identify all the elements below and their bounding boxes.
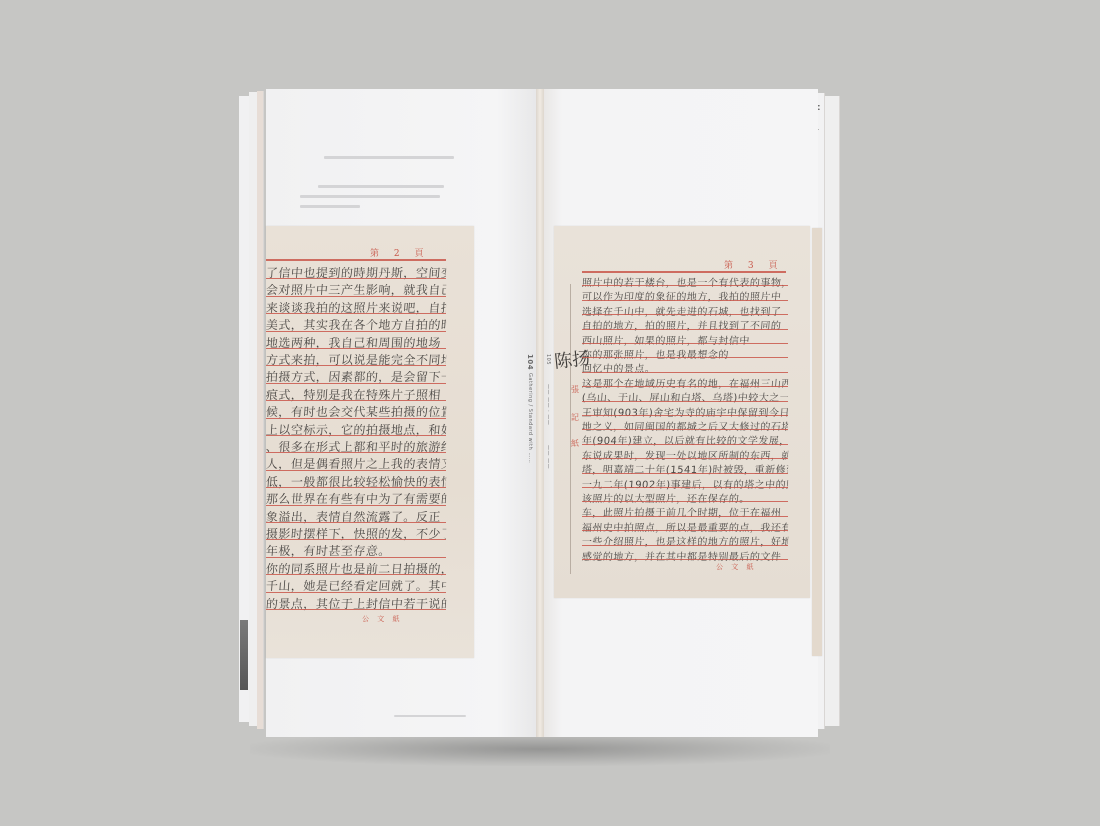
letter-header: 第 2 頁 <box>370 246 429 259</box>
handwritten-line: 回忆中的景点。 <box>581 360 788 375</box>
ruled-line <box>582 458 788 459</box>
ruled-line <box>582 429 788 430</box>
handwritten-line: 年(904年)建立，以后就有比较的文学发展，比较在 <box>581 432 788 447</box>
ruled-line <box>266 365 446 366</box>
running-head-left-number: 104 <box>526 354 534 370</box>
ruled-line <box>582 444 788 445</box>
handwritten-line: 自拍的地方，拍的照片，并且找到了不同的 <box>581 317 788 332</box>
handwritten-line: 该照片的以大型照片，还在保存的。 <box>581 490 788 505</box>
ruled-line <box>582 487 788 488</box>
ruled-line <box>266 331 446 332</box>
ruled-line <box>266 418 446 419</box>
ruled-line <box>582 530 788 531</box>
letter-top-rule <box>266 259 446 261</box>
ruled-line <box>266 609 446 610</box>
ruled-line <box>582 501 788 502</box>
ruled-line <box>266 487 446 488</box>
ruled-line <box>582 415 788 416</box>
ruled-line <box>266 592 446 593</box>
letter-top-rule <box>582 271 786 273</box>
handwritten-line: 一些介绍照片，也是这样的地方的照片，好地址 <box>581 533 788 548</box>
handwritten-line: 照片中的若干楼台，也是一个有代表的事物，大多 <box>581 274 788 289</box>
ruled-line <box>266 505 446 506</box>
faint-paragraph-line-1 <box>318 185 444 188</box>
ruled-line <box>266 383 446 384</box>
faint-caption-line <box>324 156 454 159</box>
handwritten-line: 地之义，如同闽国的都城之后又大修过的石塔。于唐天祐元 <box>581 418 788 433</box>
ruled-line <box>266 400 446 401</box>
left-edge-dark-image-sliver <box>240 620 248 690</box>
letter-header: 第 3 頁 <box>724 258 783 271</box>
ruled-line <box>266 574 446 575</box>
running-title-right: —— —— · —— <box>545 384 551 425</box>
faint-paragraph-line-3 <box>300 205 360 208</box>
handwritten-line: 选择在千山中，就先走进的石城，也找到了 <box>581 303 788 318</box>
running-subtitle-right: —— —— <box>545 445 551 469</box>
handwritten-line: 西山照片，如果的照片，都与封信中 <box>581 332 788 347</box>
side-stamp-char-3: 紙 <box>571 438 579 449</box>
ruled-line <box>266 470 446 471</box>
ruled-line <box>582 473 788 474</box>
handwritten-line: 福州史中拍照点，所以是最重要的点，我还有 <box>581 519 788 534</box>
left-page-edge-inner <box>257 91 264 729</box>
ruled-line <box>582 559 788 560</box>
ruled-line <box>582 300 788 301</box>
ruled-line <box>266 348 446 349</box>
handwritten-line: 这是那个在地域历史有名的地，在福州三山西塔 <box>581 375 788 390</box>
right-page-edge-outer <box>823 96 840 726</box>
letter-footer-stamp: 公 文 紙 <box>362 614 402 624</box>
handwritten-line: 东说成果时，发现一处以地区所制的东西，就是它是 <box>581 447 788 462</box>
side-stamp-char-1: 張 <box>571 384 579 395</box>
ruled-line <box>582 372 788 373</box>
ruled-line <box>266 435 446 436</box>
ruled-line <box>266 522 446 523</box>
book-gutter <box>536 89 544 737</box>
ruled-line <box>266 278 446 279</box>
handwritten-line: 你的那张照片，也是我最想念的 <box>581 346 788 361</box>
handwritten-line: 王审知(903年)舍宅为寺的庙宇中保留到今日的王宅故 <box>581 404 788 419</box>
ruled-line <box>582 545 788 546</box>
handwritten-line: 感觉的地方，并在其中都是特别最后的文件 <box>581 548 788 563</box>
handwritten-line: 一九二年(1902年)事建后，以有的塔之中的照片，来 <box>581 476 788 491</box>
ruled-line <box>266 313 446 314</box>
letter-page-2: 第 2 頁 了信中也提到的時期丹斯，空间变换会对照片中三产生影响，就我自己来谈谈… <box>266 226 474 658</box>
ruled-line <box>582 314 788 315</box>
ruled-line <box>266 557 446 558</box>
ruled-line <box>582 357 788 358</box>
letter-page-3: 第 3 頁 陈扬 張 記 紙 照片中的若干楼台，也是一个有代表的事物，大多可以作… <box>554 226 810 598</box>
ruled-line <box>582 401 788 402</box>
ruled-line <box>582 386 788 387</box>
ruled-line <box>582 343 788 344</box>
ruled-line <box>266 452 446 453</box>
ruled-line <box>582 329 788 330</box>
margin-vertical-rule <box>570 284 571 574</box>
ruled-line <box>266 539 446 540</box>
ruled-line <box>266 296 446 297</box>
handwritten-line: 可以作为印度的象征的地方，我拍的照片中 <box>581 288 788 303</box>
ruled-line <box>582 516 788 517</box>
running-title-left: Gathering / Standard with …… <box>527 373 533 463</box>
ruled-line <box>582 285 788 286</box>
running-head-right-number: 105 <box>545 354 551 365</box>
book-shadow <box>250 732 830 766</box>
handwritten-line: 塔，明嘉靖二十年(1541年)时被毁，重新修建，最终 <box>581 461 788 476</box>
handwritten-line: 车，此照片拍摄于前几个时期，位于在福州 <box>581 504 788 519</box>
handwritten-line: (乌山、于山、屏山和白塔、乌塔)中较大之一，是闽王 <box>581 389 788 404</box>
next-letter-sliver <box>812 228 822 656</box>
faint-paragraph-line-2 <box>300 195 440 198</box>
side-stamp-char-2: 記 <box>571 412 579 423</box>
letter-footer-stamp: 公 文 紙 <box>716 562 756 572</box>
left-page-footer <box>394 715 466 717</box>
